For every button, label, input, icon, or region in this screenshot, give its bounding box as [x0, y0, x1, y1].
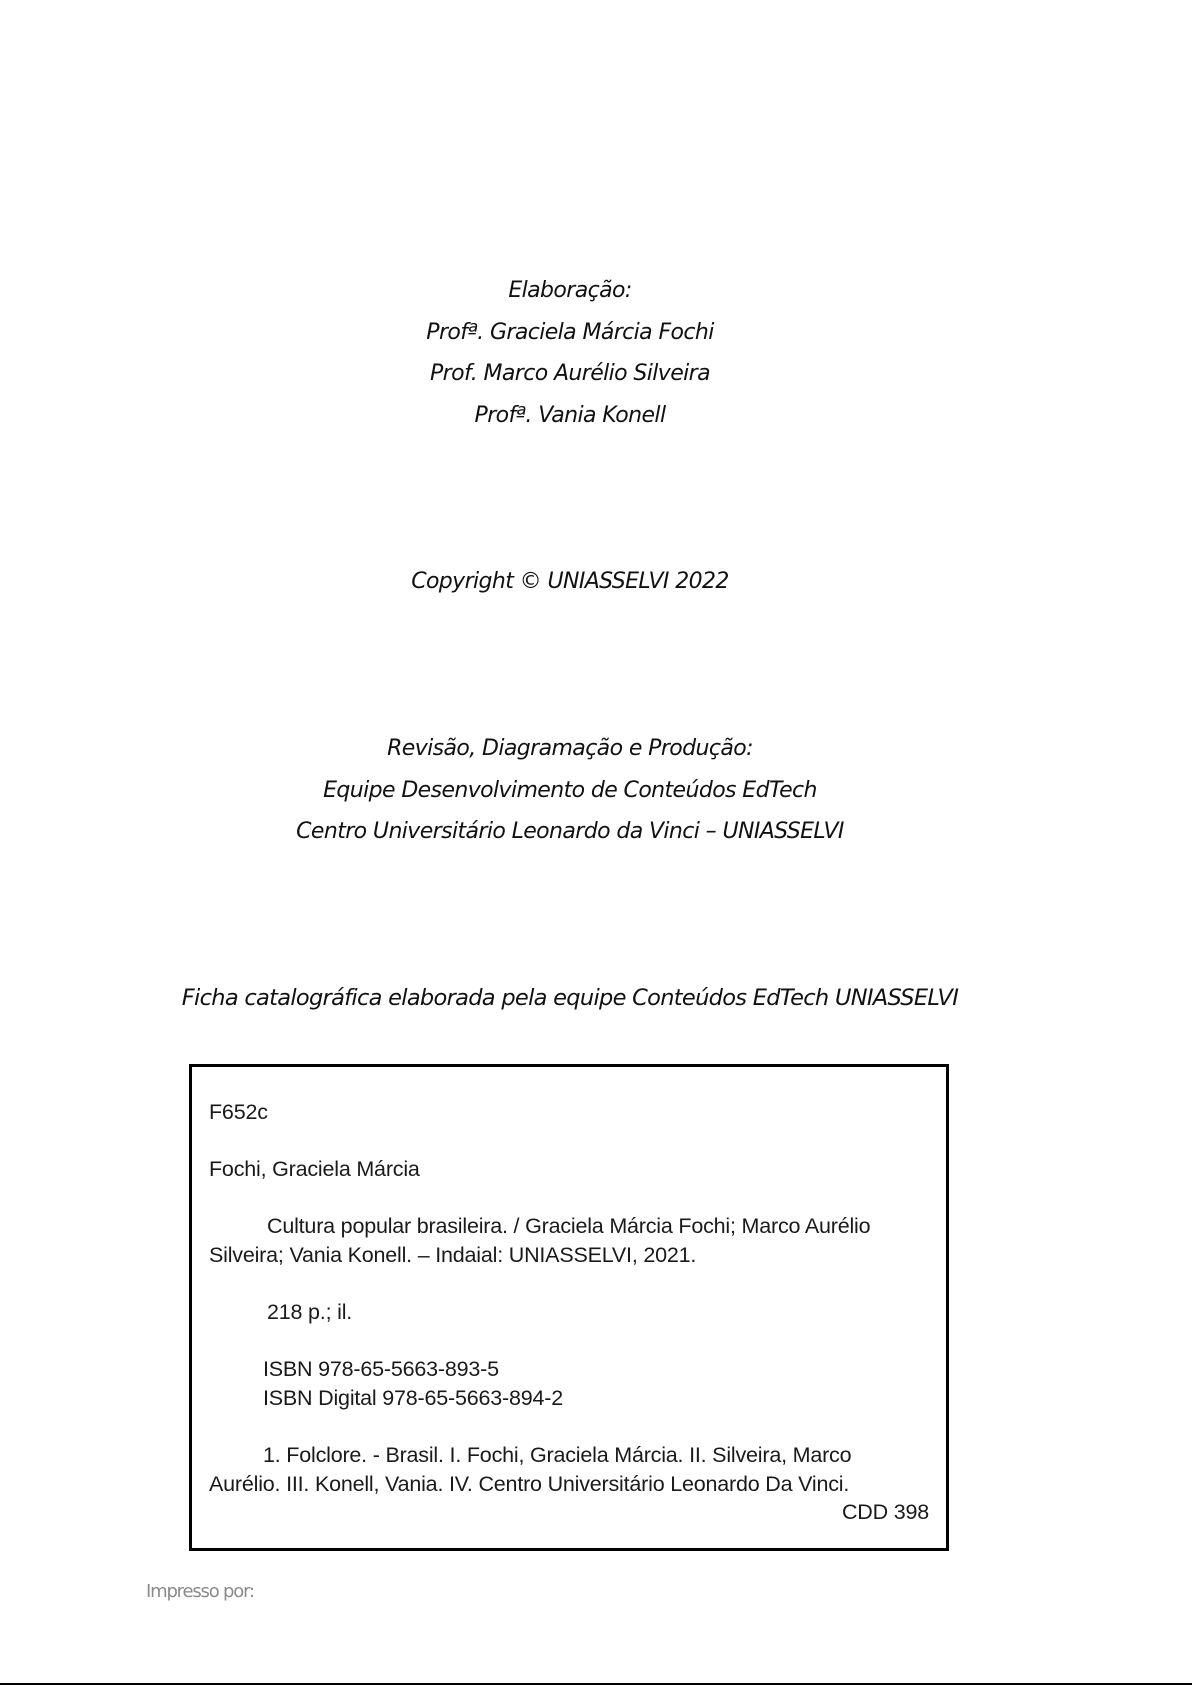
printed-by-label: Impresso por:: [146, 1581, 254, 1602]
catalog-caption: Ficha catalográfica elaborada pela equip…: [0, 978, 1140, 1020]
subject-line: 1. Folclore. - Brasil. I. Fochi, Graciel…: [209, 1441, 851, 1470]
credits-heading: Elaboração:: [0, 270, 1140, 312]
classification-number: CDD 398: [842, 1498, 929, 1527]
author-name: Prof. Marco Aurélio Silveira: [0, 353, 1140, 395]
production-team: Equipe Desenvolvimento de Conteúdos EdTe…: [0, 770, 1140, 812]
isbn-digital: ISBN Digital 978-65-5663-894-2: [209, 1384, 563, 1413]
credits-section: Elaboração: Profª. Graciela Márcia Fochi…: [0, 270, 1140, 436]
title-statement-line: Silveira; Vania Konell. – Indaial: UNIAS…: [209, 1241, 696, 1270]
call-number: F652c: [209, 1098, 268, 1127]
isbn: ISBN 978-65-5663-893-5: [209, 1355, 499, 1384]
production-section: Revisão, Diagramação e Produção: Equipe …: [0, 728, 1140, 853]
copyright-section: Copyright © UNIASSELVI 2022: [0, 561, 1140, 603]
author-name: Profª. Vania Konell: [0, 395, 1140, 437]
production-heading: Revisão, Diagramação e Produção:: [0, 728, 1140, 770]
production-institution: Centro Universitário Leonardo da Vinci –…: [0, 811, 1140, 853]
main-entry: Fochi, Graciela Márcia: [209, 1155, 420, 1184]
author-name: Profª. Graciela Márcia Fochi: [0, 312, 1140, 354]
title-statement-line: Cultura popular brasileira. / Graciela M…: [209, 1212, 870, 1241]
catalog-card: F652c Fochi, Graciela Márcia Cultura pop…: [189, 1064, 949, 1551]
catalog-caption-section: Ficha catalográfica elaborada pela equip…: [0, 978, 1140, 1020]
physical-extent: 218 p.; il.: [209, 1298, 352, 1327]
copyright-notice: Copyright © UNIASSELVI 2022: [0, 561, 1140, 603]
subject-line: Aurélio. III. Konell, Vania. IV. Centro …: [209, 1470, 849, 1499]
